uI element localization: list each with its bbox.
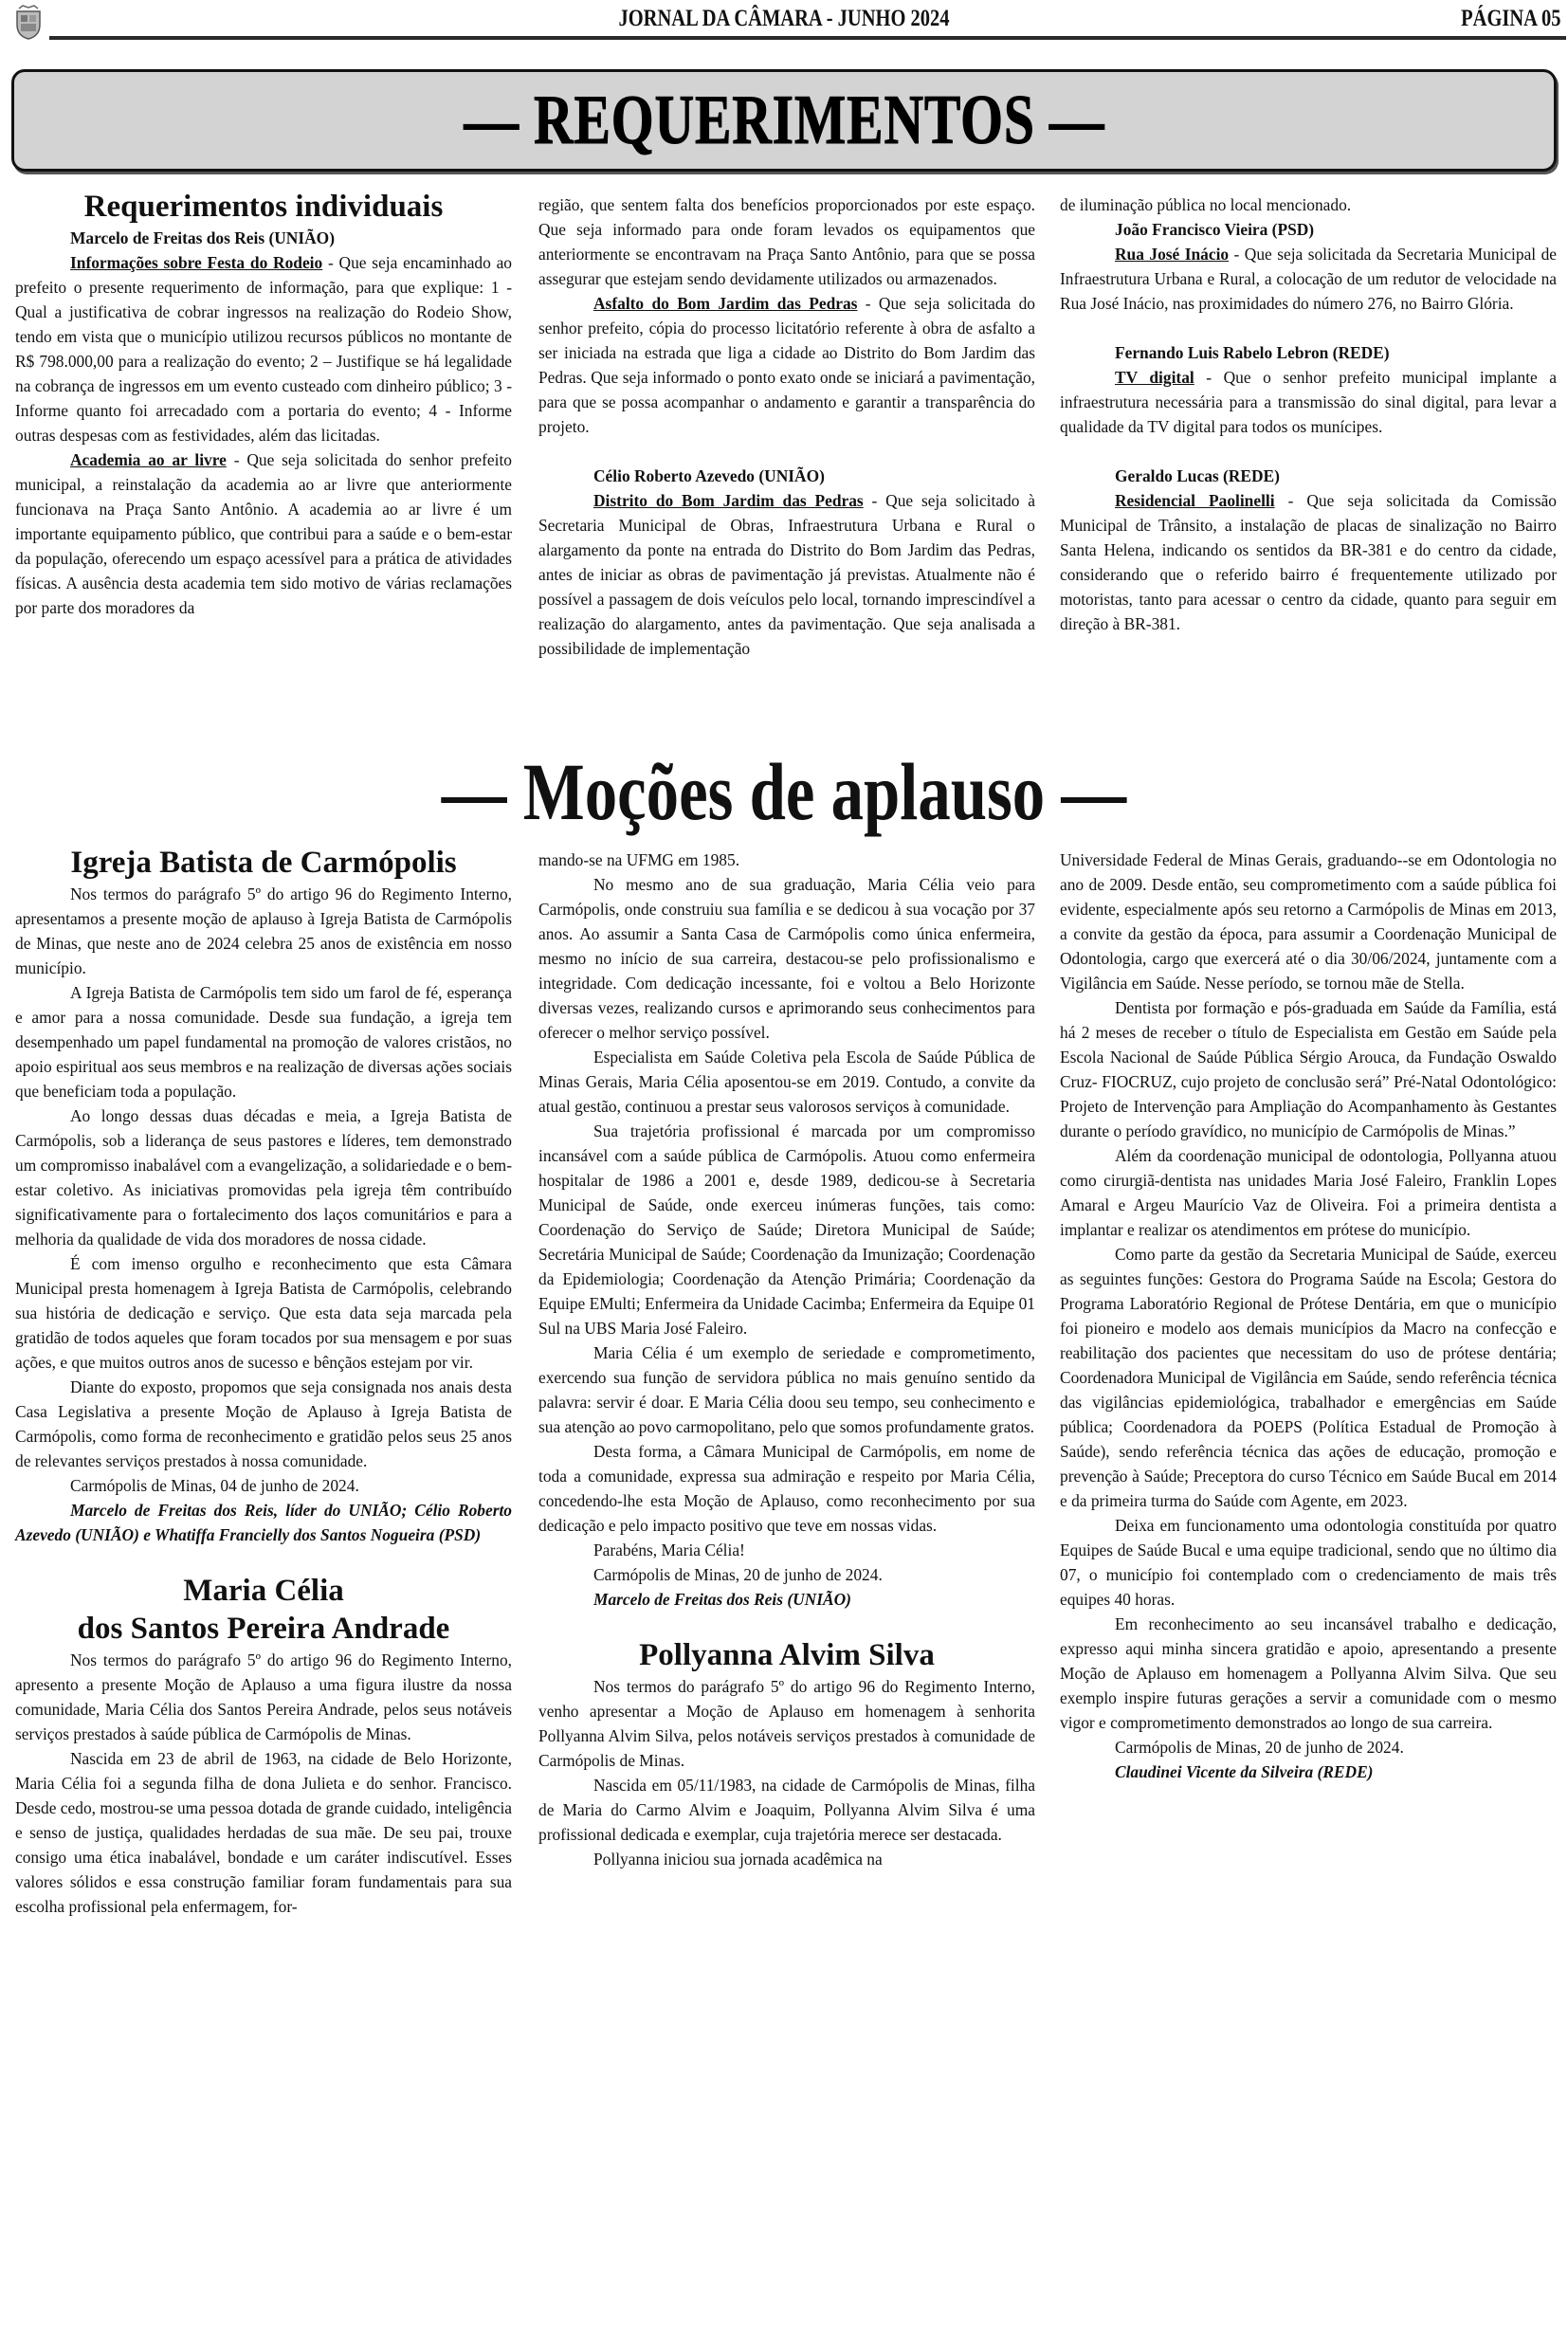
paragraph: Nos termos do parágrafo 5º do artigo 96 … xyxy=(538,1674,1035,1773)
paragraph: É com imenso orgulho e reconhecimento qu… xyxy=(15,1251,512,1375)
paragraph: Deixa em funcionamento uma odontologia c… xyxy=(1060,1513,1557,1612)
paragraph: Em reconhecimento ao seu incansável trab… xyxy=(1060,1612,1557,1735)
requerimentos-column-2: região, que sentem falta dos benefícios … xyxy=(538,192,1035,661)
newspaper-title: JORNAL DA CÂMARA - JUNHO 2024 xyxy=(141,6,1427,32)
requerimento-title: Distrito do Bom Jardim das Pedras xyxy=(593,491,864,510)
requerimentos-heading: Requerimentos individuais xyxy=(15,188,512,226)
coat-of-arms-icon xyxy=(9,4,47,42)
requerimentos-column-3: de iluminação pública no local mencionad… xyxy=(1060,192,1557,636)
mocoes-heading: — Moções de aplauso — xyxy=(156,749,1411,834)
paragraph: Especialista em Saúde Coletiva pela Esco… xyxy=(538,1045,1035,1119)
page-header: JORNAL DA CÂMARA - JUNHO 2024 PÁGINA 05 xyxy=(0,0,1568,43)
paragraph: Como parte da gestão da Secretaria Munic… xyxy=(1060,1242,1557,1513)
requerimento-item: Asfalto do Bom Jardim das Pedras - Que s… xyxy=(538,291,1035,439)
paragraph: Nos termos do parágrafo 5º do artigo 96 … xyxy=(15,1648,512,1746)
requerimento-item: Rua José Inácio - Que seja solicitada da… xyxy=(1060,242,1557,316)
paragraph: Nascida em 23 de abril de 1963, na cidad… xyxy=(15,1746,512,1919)
paragraph: Pollyanna iniciou sua jornada acadêmica … xyxy=(538,1847,1035,1871)
requerimento-item: Informações sobre Festa do Rodeio - Que … xyxy=(15,250,512,447)
mocoes-column-1: Igreja Batista de Carmópolis Nos termos … xyxy=(15,844,512,1919)
requerimento-title: Academia ao ar livre xyxy=(70,450,227,469)
mocao-title: dos Santos Pereira Andrade xyxy=(15,1610,512,1648)
section-banner-title: — REQUERIMENTOS — xyxy=(464,81,1104,161)
paragraph: Diante do exposto, propomos que seja con… xyxy=(15,1375,512,1473)
continued-text: região, que sentem falta dos benefícios … xyxy=(538,192,1035,291)
paragraph: Ao longo dessas duas décadas e meia, a I… xyxy=(15,1103,512,1251)
page-number: PÁGINA 05 xyxy=(1461,6,1560,32)
requerimento-title: Asfalto do Bom Jardim das Pedras xyxy=(593,294,857,313)
requerimentos-column-1: Requerimentos individuais Marcelo de Fre… xyxy=(15,188,512,620)
requerimento-title: Residencial Paolinelli xyxy=(1115,491,1275,510)
signature: Marcelo de Freitas dos Reis, líder do UN… xyxy=(15,1498,512,1547)
requerimento-title: TV digital xyxy=(1115,368,1194,387)
requerimento-item: Distrito do Bom Jardim das Pedras - Que … xyxy=(538,488,1035,661)
paragraph: A Igreja Batista de Carmópolis tem sido … xyxy=(15,980,512,1103)
paragraph: Sua trajetória profissional é marcada po… xyxy=(538,1119,1035,1340)
paragraph: Maria Célia é um exemplo de seriedade e … xyxy=(538,1340,1035,1439)
mocoes-column-2: mando-se na UFMG em 1985. No mesmo ano d… xyxy=(538,848,1035,1871)
signature: Claudinei Vicente da Silveira (REDE) xyxy=(1060,1759,1557,1784)
section-banner: — REQUERIMENTOS — xyxy=(11,69,1557,172)
continued-text: mando-se na UFMG em 1985. xyxy=(538,848,1035,872)
requerimento-item: Residencial Paolinelli - Que seja solici… xyxy=(1060,488,1557,636)
signature: Marcelo de Freitas dos Reis (UNIÃO) xyxy=(538,1587,1035,1612)
paragraph: Nascida em 05/11/1983, na cidade de Carm… xyxy=(538,1773,1035,1847)
paragraph: Nos termos do parágrafo 5º do artigo 96 … xyxy=(15,882,512,980)
mocoes-column-3: Universidade Federal de Minas Gerais, gr… xyxy=(1060,848,1557,1784)
requerimento-item: TV digital - Que o senhor prefeito munic… xyxy=(1060,365,1557,439)
paragraph: Dentista por formação e pós-graduada em … xyxy=(1060,995,1557,1143)
date-line: Carmópolis de Minas, 20 de junho de 2024… xyxy=(538,1562,1035,1587)
author-name: Fernando Luis Rabelo Lebron (REDE) xyxy=(1060,340,1557,365)
paragraph: Desta forma, a Câmara Municipal de Carmó… xyxy=(538,1439,1035,1538)
continued-text: Universidade Federal de Minas Gerais, gr… xyxy=(1060,848,1557,995)
author-name: Marcelo de Freitas dos Reis (UNIÃO) xyxy=(15,226,512,250)
mocao-title: Maria Célia xyxy=(15,1572,512,1610)
date-line: Carmópolis de Minas, 20 de junho de 2024… xyxy=(1060,1735,1557,1759)
congrats-line: Parabéns, Maria Célia! xyxy=(538,1538,1035,1562)
paragraph: Além da coordenação municipal de odontol… xyxy=(1060,1143,1557,1242)
requerimento-title: Informações sobre Festa do Rodeio xyxy=(70,253,322,272)
mocao-title: Igreja Batista de Carmópolis xyxy=(15,844,512,882)
header-rule xyxy=(49,36,1566,40)
continued-text: de iluminação pública no local mencionad… xyxy=(1060,192,1557,217)
mocao-title: Pollyanna Alvim Silva xyxy=(538,1636,1035,1674)
requerimento-title: Rua José Inácio xyxy=(1115,245,1229,264)
author-name: Geraldo Lucas (REDE) xyxy=(1060,464,1557,488)
author-name: João Francisco Vieira (PSD) xyxy=(1060,217,1557,242)
author-name: Célio Roberto Azevedo (UNIÃO) xyxy=(538,464,1035,488)
paragraph: No mesmo ano de sua graduação, Maria Cél… xyxy=(538,872,1035,1045)
requerimento-item: Academia ao ar livre - Que seja solicita… xyxy=(15,447,512,620)
date-line: Carmópolis de Minas, 04 de junho de 2024… xyxy=(15,1473,512,1498)
